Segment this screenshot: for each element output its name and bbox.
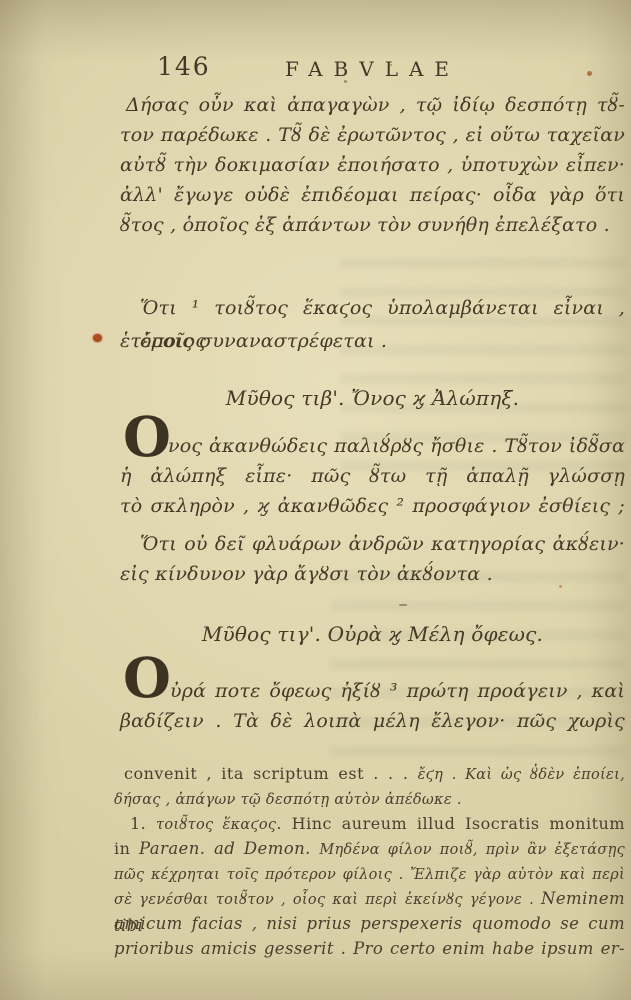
text-line: Ὅτι ¹ τοιȣ̃τος ἕκαϛος ὑπολαμβάνεται εἶνα… [120, 292, 625, 325]
footnote-segment: δήσας , ἀπάγων τῷ δεσπότῃ αὐτὸν ἀπέδωκε … [114, 792, 462, 808]
footnote-line: 1. τοιȣ̃τος ἕκαϛος. Hinc aureum illud Is… [114, 811, 625, 836]
text-line: ἀλλ' ἔγωγε οὐδὲ ἐπιδέομαι πείρας· οἶδα γ… [120, 180, 625, 210]
footnote-segment: amicum facias , nisi prius perspexeris q… [114, 914, 625, 933]
footnote-segment: σὲ γενέσθαι τοιȣ̃τον , οἷος καὶ περὶ ἐκε… [114, 892, 541, 908]
tiny-ink-dot [344, 80, 347, 83]
footnote-line: amicum facias , nisi prius perspexeris q… [114, 911, 625, 936]
text-line: τὸ σκληρὸν , ϗ ἀκανθῶδες ² προσφάγιον ἐσ… [120, 491, 625, 521]
text-line: ὐρά ποτε ὄφεως ἠξίȣ ³ πρώτη προάγειν , κ… [120, 676, 625, 706]
footnote-line: πῶς κέχρηται τοῖς πρότερον φίλοις . Ἔλπι… [114, 861, 625, 886]
brown-ink-speck [587, 71, 592, 76]
footnote-segment: Μηδένα φίλον ποιȣ̃, πρὶν ἂν ἐξετάσῃς [319, 842, 625, 858]
footnote-segment: τοιȣ̃τος ἕκαϛος [156, 817, 276, 833]
footnote-segment: πῶς κέχρηται τοῖς πρότερον φίλοις . Ἔλπι… [114, 867, 625, 883]
footnote-line: convenit , ita scriptum est . . . ἔϛη . … [114, 761, 625, 786]
book-page-scan: 146 FABVLAE Δήσας οὖν καὶ ἀπαγαγὼν , τῷ … [0, 0, 631, 1000]
text-line: ἡ ἀλώπηξ εἶπε· πῶς ȣ̃τω τῇ ἁπαλῇ γλώσσῃ [120, 461, 625, 491]
text-line: βαδίζειν . Τὰ δὲ λοιπὰ μέλη ἔλεγον· πῶς … [120, 706, 625, 736]
greek-paragraph-conclusion: Δήσας οὖν καὶ ἀπαγαγὼν , τῷ ἰδίῳ δεσπότῃ… [120, 90, 625, 240]
text-line: εἰς κίνδυνον γὰρ ἄγȣσι τὸν ἀκȣ́οντα . [120, 559, 625, 589]
text-line: τον παρέδωκε . Τȣ̃ δὲ ἐρωτῶντος , εἰ οὕτ… [120, 120, 625, 150]
text-line: αὐτȣ̃ τὴν δοκιμασίαν ἐποιήσατο , ὑποτυχὼ… [120, 150, 625, 180]
footnote-segment: . Hinc aureum illud Isocratis monitum [276, 814, 625, 833]
footnote-line: prioribus amicis gesserit . Pro certo en… [114, 936, 625, 961]
footnote-line: in Paraen. ad Demon. Μηδένα φίλον ποιȣ̃,… [114, 836, 625, 861]
footnote-segment: ἔϛη . Καὶ ὡς ȣ̓δὲν ἐποίει, [418, 767, 625, 783]
fable-42-moral: Ὅτι οὐ δεῖ φλυάρων ἀνδρῶν κατηγορίας ἀκȣ… [120, 529, 625, 589]
text-line: ȣ̃τος , ὁποῖος ἐξ ἁπάντων τὸν συνήθη ἐπε… [120, 210, 625, 240]
footnote-segment: in [114, 839, 139, 858]
footnote-line: δήσας , ἀπάγων τῷ δεσπότῃ αὐτὸν ἀπέδωκε … [114, 786, 625, 811]
footnote-segment: convenit , ita scriptum est . . . [124, 764, 418, 783]
footnote-line: σὲ γενέσθαι τοιȣ̃τον , οἷος καὶ περὶ ἐκε… [114, 886, 625, 911]
fable-43-body: ὐρά ποτε ὄφεως ἠξίȣ ³ πρώτη προάγειν , κ… [120, 676, 625, 736]
footnote-segment: 1. [130, 814, 156, 833]
footnote-segment: prioribus amicis gesserit . Pro certo en… [114, 939, 625, 958]
text-line: νος ἀκανθώδεις παλιȣ́ρȣς ἤσθιε . Τȣ̃τον … [120, 431, 625, 461]
red-ink-spot [93, 334, 102, 342]
running-title: FABVLAE [120, 57, 625, 81]
footnote-segment: Paraen. ad Demon. [139, 839, 311, 858]
text-line: ἑτέροις συναναστρέφεται . [120, 325, 625, 358]
dash-mark-blemish [399, 604, 407, 606]
footnote-block: convenit , ita scriptum est . . . ἔϛη . … [114, 761, 625, 961]
text-line: Ὅτι οὐ δεῖ φλυάρων ἀνδρῶν κατηγορίας ἀκȣ… [120, 529, 625, 559]
moral-paragraph-fable41: Ὅτι ¹ τοιȣ̃τος ἕκαϛος ὑπολαμβάνεται εἶνα… [120, 292, 625, 358]
small-ink-speck [559, 585, 562, 588]
fable-42-heading: Μῦθος τιβ'. Ὄνος ϗ Ἀλώπηξ. [120, 384, 625, 412]
text-line: Δήσας οὖν καὶ ἀπαγαγὼν , τῷ ἰδίῳ δεσπότῃ… [120, 90, 625, 120]
fable-43-heading: Μῦθος τιγ'. Οὐρὰ ϗ Μέλη ὄφεως. [120, 620, 625, 648]
tiny-ink-dot [390, 64, 392, 66]
fable-42-body: νος ἀκανθώδεις παλιȣ́ρȣς ἤσθιε . Τȣ̃τον … [120, 431, 625, 521]
